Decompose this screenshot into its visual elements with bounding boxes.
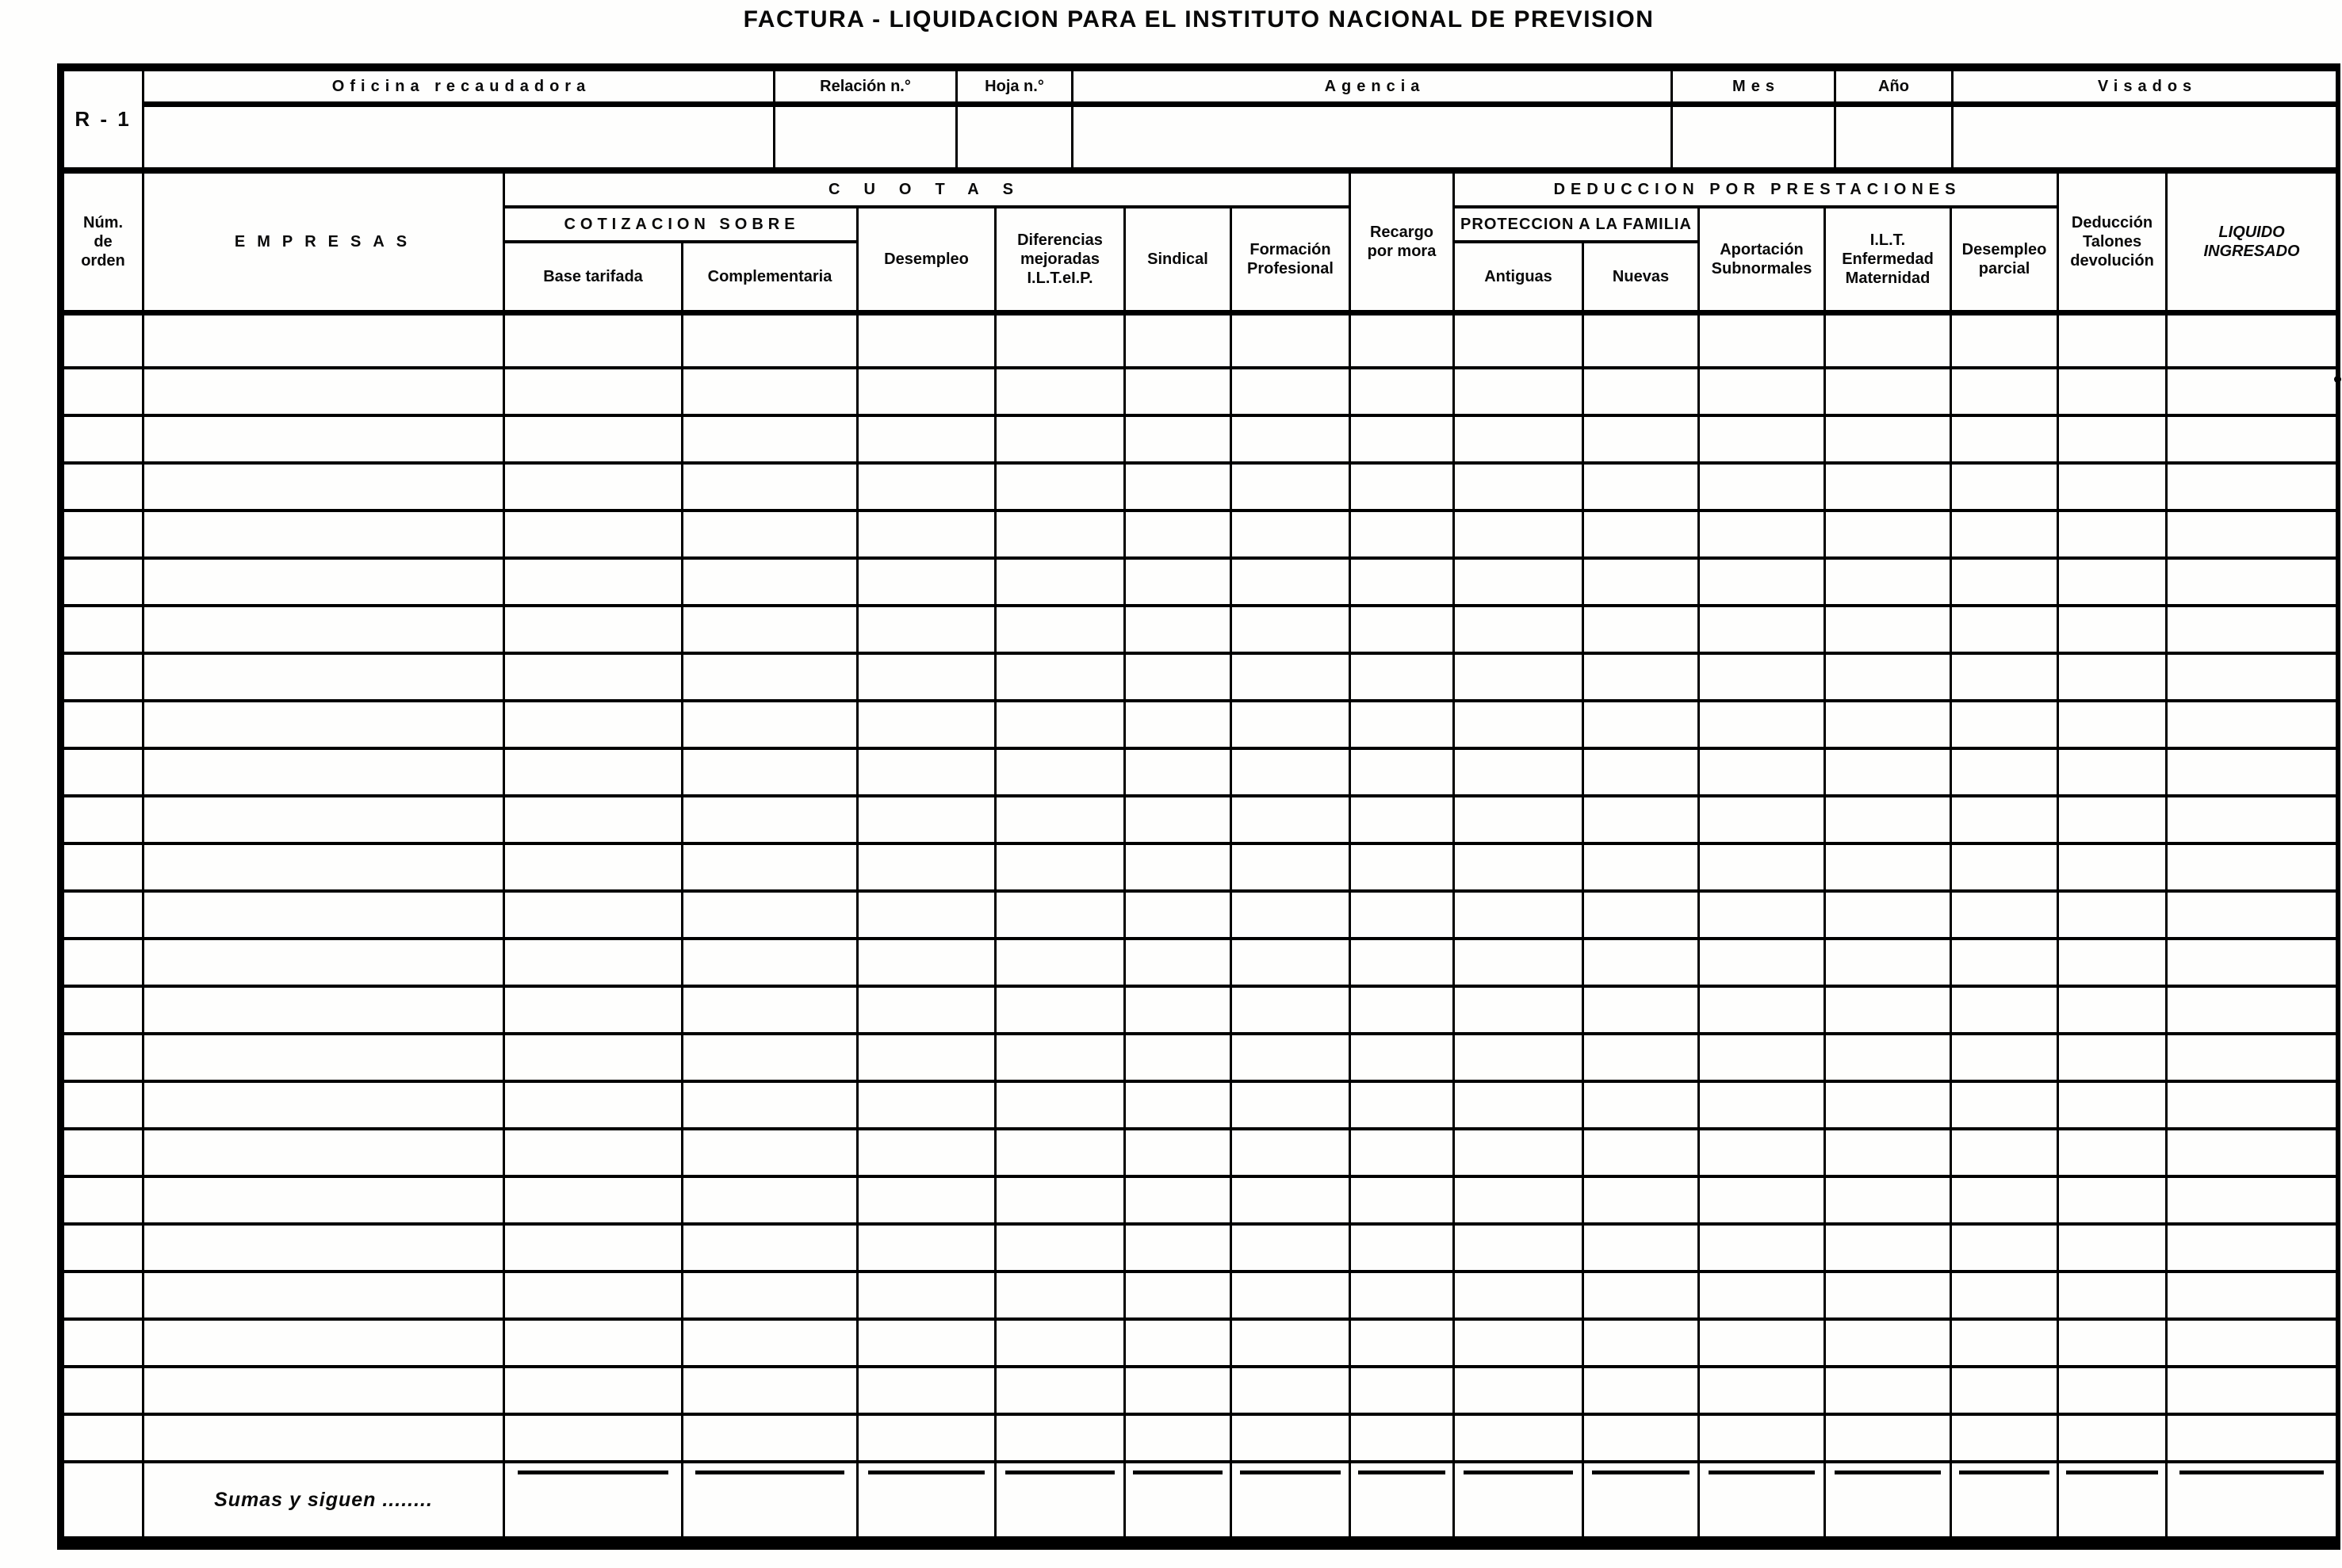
col-header-desempleo-parcial: Desempleo parcial — [1951, 207, 2058, 313]
empty-cell — [1583, 1414, 1699, 1462]
empty-cell — [996, 1081, 1125, 1129]
sum-total-cell — [996, 1462, 1125, 1538]
empty-cell — [1454, 606, 1583, 653]
empty-cell — [144, 748, 504, 796]
empty-cell — [1454, 1272, 1583, 1319]
empty-cell — [63, 1224, 144, 1272]
empty-cell — [2058, 1319, 2167, 1367]
empty-cell — [1350, 511, 1454, 558]
strip-fill-visados — [1953, 105, 2337, 170]
empty-cell — [1583, 368, 1699, 415]
empty-cell — [1350, 558, 1454, 606]
empty-cell — [683, 463, 858, 511]
total-rule-mark — [518, 1470, 669, 1474]
empty-cell — [1350, 368, 1454, 415]
empty-cell — [1231, 939, 1350, 986]
col-header-antiguas: Antiguas — [1454, 242, 1583, 313]
empty-cell — [858, 1224, 996, 1272]
empty-cell — [1231, 558, 1350, 606]
strip-label-ano: Año — [1835, 70, 1953, 105]
empty-cell — [63, 368, 144, 415]
empty-cell — [504, 986, 683, 1034]
table-row — [63, 1367, 2337, 1414]
empty-cell — [1350, 986, 1454, 1034]
total-rule-mark — [1592, 1470, 1690, 1474]
empty-cell — [144, 1034, 504, 1081]
empty-cell — [2058, 701, 2167, 748]
empty-cell — [858, 748, 996, 796]
table-row — [63, 748, 2337, 796]
empty-cell — [996, 1367, 1125, 1414]
sum-total-cell — [1454, 1462, 1583, 1538]
empty-cell — [1454, 653, 1583, 701]
empty-cell — [1125, 313, 1231, 369]
empty-cell — [1699, 1176, 1825, 1224]
empty-cell — [858, 1367, 996, 1414]
col-header-formacion-profesional: Formación Profesional — [1231, 207, 1350, 313]
sum-total-cell — [858, 1462, 996, 1538]
empty-cell — [1825, 313, 1951, 369]
empty-cell — [1583, 939, 1699, 986]
empty-cell — [2167, 1224, 2337, 1272]
empty-cell — [858, 796, 996, 843]
empty-cell — [504, 463, 683, 511]
empty-cell — [1454, 843, 1583, 891]
empty-cell — [63, 1462, 144, 1538]
empty-cell — [2167, 558, 2337, 606]
empty-cell — [996, 1319, 1125, 1367]
col-header-nuevas: Nuevas — [1583, 242, 1699, 313]
empty-cell — [1951, 1319, 2058, 1367]
empty-cell — [996, 511, 1125, 558]
empty-cell — [504, 1414, 683, 1462]
empty-cell — [683, 1129, 858, 1176]
empty-cell — [1454, 1034, 1583, 1081]
col-header-base-tarifada: Base tarifada — [504, 242, 683, 313]
empty-cell — [1125, 558, 1231, 606]
empty-cell — [1699, 748, 1825, 796]
sum-total-cell — [683, 1462, 858, 1538]
strip-fill-oficina — [144, 105, 775, 170]
empty-cell — [63, 1272, 144, 1319]
empty-cell — [1231, 1081, 1350, 1129]
empty-cell — [2167, 1176, 2337, 1224]
empty-cell — [1350, 701, 1454, 748]
empty-cell — [683, 796, 858, 843]
empty-cell — [2167, 1414, 2337, 1462]
strip-fill-ano — [1835, 105, 1953, 170]
empty-cell — [504, 313, 683, 369]
empty-cell — [1951, 1414, 2058, 1462]
empty-cell — [1350, 1034, 1454, 1081]
empty-cell — [1825, 1176, 1951, 1224]
empty-cell — [2058, 1272, 2167, 1319]
empty-cell — [1951, 653, 2058, 701]
empty-cell — [1699, 1034, 1825, 1081]
empty-cell — [63, 1414, 144, 1462]
col-header-sindical: Sindical — [1125, 207, 1231, 313]
empty-cell — [1125, 1081, 1231, 1129]
empty-cell — [1951, 1224, 2058, 1272]
empty-cell — [1454, 313, 1583, 369]
empty-cell — [1583, 415, 1699, 463]
empty-cell — [858, 415, 996, 463]
group-header-deduccion-prestaciones: DEDUCCION POR PRESTACIONES — [1454, 172, 2058, 207]
empty-cell — [858, 1414, 996, 1462]
table-row — [63, 1224, 2337, 1272]
empty-cell — [1951, 939, 2058, 986]
empty-cell — [1699, 606, 1825, 653]
total-rule-mark — [1464, 1470, 1573, 1474]
empty-cell — [1951, 701, 2058, 748]
empty-cell — [1699, 1272, 1825, 1319]
body-rows — [63, 313, 2337, 1463]
empty-cell — [144, 1129, 504, 1176]
empty-cell — [1583, 843, 1699, 891]
empty-cell — [996, 1176, 1125, 1224]
col-header-desempleo: Desempleo — [858, 207, 996, 313]
empty-cell — [2167, 891, 2337, 939]
empty-cell — [1825, 1319, 1951, 1367]
empty-cell — [2058, 1129, 2167, 1176]
empty-cell — [683, 415, 858, 463]
group-header-cuotas: CUOTAS — [504, 172, 1350, 207]
empty-cell — [1231, 796, 1350, 843]
strip-label-visados: Visados — [1953, 70, 2337, 105]
empty-cell — [1699, 511, 1825, 558]
empty-cell — [858, 368, 996, 415]
empty-cell — [63, 1319, 144, 1367]
col-header-recargo-por-mora: Recargo por mora — [1350, 172, 1454, 313]
empty-cell — [996, 891, 1125, 939]
empty-cell — [683, 891, 858, 939]
total-rule-mark — [1358, 1470, 1445, 1474]
empty-cell — [1825, 558, 1951, 606]
empty-cell — [996, 939, 1125, 986]
empty-cell — [996, 606, 1125, 653]
empty-cell — [1454, 368, 1583, 415]
empty-cell — [144, 606, 504, 653]
empty-cell — [1454, 415, 1583, 463]
empty-cell — [858, 653, 996, 701]
empty-cell — [2167, 606, 2337, 653]
empty-cell — [1951, 463, 2058, 511]
empty-cell — [996, 653, 1125, 701]
empty-cell — [1454, 701, 1583, 748]
empty-cell — [1125, 511, 1231, 558]
col-header-num-orden: Núm. de orden — [63, 172, 144, 313]
empty-cell — [683, 653, 858, 701]
empty-cell — [1825, 1272, 1951, 1319]
empty-cell — [1583, 1176, 1699, 1224]
empty-cell — [1350, 1081, 1454, 1129]
empty-cell — [1231, 1414, 1350, 1462]
empty-cell — [1699, 1414, 1825, 1462]
empty-cell — [504, 701, 683, 748]
empty-cell — [2058, 843, 2167, 891]
empty-cell — [2167, 463, 2337, 511]
empty-cell — [63, 796, 144, 843]
empty-cell — [1350, 939, 1454, 986]
empty-cell — [1454, 891, 1583, 939]
empty-cell — [2167, 368, 2337, 415]
empty-cell — [996, 796, 1125, 843]
empty-cell — [1699, 701, 1825, 748]
empty-cell — [858, 1034, 996, 1081]
empty-cell — [504, 558, 683, 606]
empty-cell — [1350, 748, 1454, 796]
empty-cell — [1125, 1414, 1231, 1462]
total-rule-mark — [2066, 1470, 2157, 1474]
empty-cell — [144, 986, 504, 1034]
empty-cell — [63, 558, 144, 606]
empty-cell — [1231, 1129, 1350, 1176]
empty-cell — [2058, 891, 2167, 939]
empty-cell — [858, 511, 996, 558]
empty-cell — [1583, 701, 1699, 748]
empty-cell — [1825, 986, 1951, 1034]
empty-cell — [1951, 415, 2058, 463]
empty-cell — [2167, 313, 2337, 369]
empty-cell — [504, 796, 683, 843]
empty-cell — [1583, 1272, 1699, 1319]
scanned-form-page: FACTURA - LIQUIDACION PARA EL INSTITUTO … — [0, 0, 2342, 1568]
empty-cell — [63, 701, 144, 748]
strip-fill-hoja — [957, 105, 1073, 170]
empty-cell — [1231, 843, 1350, 891]
col-header-ilt-enfermedad-maternidad: I.L.T. Enfermedad Maternidad — [1825, 207, 1951, 313]
empty-cell — [1125, 843, 1231, 891]
table-row — [63, 1272, 2337, 1319]
empty-cell — [1825, 1414, 1951, 1462]
empty-cell — [1231, 511, 1350, 558]
empty-cell — [858, 939, 996, 986]
sum-total-cell — [1583, 1462, 1699, 1538]
empty-cell — [144, 653, 504, 701]
empty-cell — [996, 313, 1125, 369]
total-rule-mark — [1835, 1470, 1941, 1474]
empty-cell — [1125, 891, 1231, 939]
empty-cell — [1454, 511, 1583, 558]
empty-cell — [858, 891, 996, 939]
empty-cell — [1951, 606, 2058, 653]
empty-cell — [1825, 891, 1951, 939]
empty-cell — [1125, 653, 1231, 701]
total-rule-mark — [1959, 1470, 2049, 1474]
empty-cell — [2167, 939, 2337, 986]
empty-cell — [2058, 511, 2167, 558]
table-row — [63, 986, 2337, 1034]
empty-cell — [1699, 1319, 1825, 1367]
empty-cell — [996, 748, 1125, 796]
empty-cell — [996, 558, 1125, 606]
empty-cell — [1125, 1319, 1231, 1367]
empty-cell — [1454, 463, 1583, 511]
empty-cell — [683, 986, 858, 1034]
empty-cell — [144, 1367, 504, 1414]
empty-cell — [996, 463, 1125, 511]
empty-cell — [858, 1081, 996, 1129]
empty-cell — [858, 1129, 996, 1176]
empty-cell — [1951, 1367, 2058, 1414]
empty-cell — [63, 843, 144, 891]
empty-cell — [1350, 1176, 1454, 1224]
empty-cell — [683, 1319, 858, 1367]
empty-cell — [996, 415, 1125, 463]
table-row — [63, 415, 2337, 463]
empty-cell — [1231, 463, 1350, 511]
empty-cell — [2167, 748, 2337, 796]
empty-cell — [683, 606, 858, 653]
empty-cell — [683, 843, 858, 891]
table-row — [63, 1176, 2337, 1224]
empty-cell — [63, 1034, 144, 1081]
empty-cell — [63, 463, 144, 511]
empty-cell — [1951, 748, 2058, 796]
empty-cell — [1951, 986, 2058, 1034]
empty-cell — [1583, 463, 1699, 511]
strip-fill-agencia — [1073, 105, 1672, 170]
empty-cell — [504, 1272, 683, 1319]
empty-cell — [996, 1414, 1125, 1462]
table-row — [63, 939, 2337, 986]
empty-cell — [858, 986, 996, 1034]
empty-cell — [63, 1176, 144, 1224]
empty-cell — [1125, 606, 1231, 653]
empty-cell — [683, 368, 858, 415]
empty-cell — [2058, 1414, 2167, 1462]
empty-cell — [1825, 368, 1951, 415]
sum-total-cell — [1231, 1462, 1350, 1538]
total-rule-mark — [1133, 1470, 1223, 1474]
empty-cell — [1825, 511, 1951, 558]
scan-speck — [2334, 376, 2341, 383]
empty-cell — [1699, 558, 1825, 606]
total-rule-mark — [868, 1470, 985, 1474]
empty-cell — [858, 558, 996, 606]
empty-cell — [1825, 1224, 1951, 1272]
empty-cell — [996, 986, 1125, 1034]
empty-cell — [1350, 891, 1454, 939]
empty-cell — [1125, 1224, 1231, 1272]
sum-total-cell — [1825, 1462, 1951, 1538]
empty-cell — [1454, 1224, 1583, 1272]
empty-cell — [2058, 558, 2167, 606]
empty-cell — [1454, 1176, 1583, 1224]
empty-cell — [1231, 368, 1350, 415]
empty-cell — [144, 796, 504, 843]
empty-cell — [996, 1034, 1125, 1081]
table-row — [63, 511, 2337, 558]
sums-row: Sumas y siguen ........ — [63, 1462, 2337, 1538]
empty-cell — [1454, 796, 1583, 843]
empty-cell — [1699, 1129, 1825, 1176]
form-code-box: R - 1 — [63, 70, 144, 169]
strip-fill-row — [63, 105, 2337, 170]
empty-cell — [1951, 1034, 2058, 1081]
empty-cell — [2058, 796, 2167, 843]
empty-cell — [1583, 1367, 1699, 1414]
sum-total-cell — [1350, 1462, 1454, 1538]
empty-cell — [1231, 1367, 1350, 1414]
empty-cell — [1454, 1367, 1583, 1414]
empty-cell — [504, 368, 683, 415]
empty-cell — [2058, 368, 2167, 415]
strip-label-relacion-n: Relación n.° — [775, 70, 957, 105]
empty-cell — [2058, 463, 2167, 511]
table-row — [63, 1129, 2337, 1176]
col-header-diferencias-mejoradas: Diferencias mejoradas I.L.T.eI.P. — [996, 207, 1125, 313]
empty-cell — [2058, 1176, 2167, 1224]
sum-total-cell — [1951, 1462, 2058, 1538]
empty-cell — [1125, 939, 1231, 986]
empty-cell — [1454, 1129, 1583, 1176]
empty-cell — [858, 701, 996, 748]
empty-cell — [1825, 843, 1951, 891]
table-row — [63, 606, 2337, 653]
empty-cell — [1350, 606, 1454, 653]
empty-cell — [1454, 558, 1583, 606]
empty-cell — [504, 891, 683, 939]
header-strip-table: R - 1 Oficina recaudadora Relación n.° H… — [62, 68, 2338, 170]
empty-cell — [1699, 463, 1825, 511]
empty-cell — [996, 1224, 1125, 1272]
table-row — [63, 1414, 2337, 1462]
empty-cell — [1125, 986, 1231, 1034]
empty-cell — [2058, 1081, 2167, 1129]
strip-label-oficina-recaudadora: Oficina recaudadora — [144, 70, 775, 105]
empty-cell — [144, 463, 504, 511]
empty-cell — [1454, 939, 1583, 986]
table-row — [63, 891, 2337, 939]
empty-cell — [683, 511, 858, 558]
empty-cell — [1583, 986, 1699, 1034]
empty-cell — [1125, 796, 1231, 843]
empty-cell — [1825, 653, 1951, 701]
empty-cell — [1825, 1034, 1951, 1081]
empty-cell — [1583, 313, 1699, 369]
empty-cell — [504, 1034, 683, 1081]
empty-cell — [1699, 986, 1825, 1034]
empty-cell — [1583, 796, 1699, 843]
empty-cell — [2058, 748, 2167, 796]
empty-cell — [683, 1224, 858, 1272]
empty-cell — [1825, 1081, 1951, 1129]
empty-cell — [504, 415, 683, 463]
empty-cell — [683, 1034, 858, 1081]
empty-cell — [144, 891, 504, 939]
empty-cell — [63, 891, 144, 939]
empty-cell — [1125, 748, 1231, 796]
empty-cell — [63, 415, 144, 463]
empty-cell — [2167, 1129, 2337, 1176]
empty-cell — [1125, 1367, 1231, 1414]
empty-cell — [1454, 748, 1583, 796]
empty-cell — [683, 1081, 858, 1129]
empty-cell — [63, 1081, 144, 1129]
empty-cell — [1231, 701, 1350, 748]
empty-cell — [1350, 1414, 1454, 1462]
empty-cell — [1825, 796, 1951, 843]
empty-cell — [996, 1272, 1125, 1319]
empty-cell — [504, 511, 683, 558]
empty-cell — [1583, 606, 1699, 653]
empty-cell — [1125, 415, 1231, 463]
empty-cell — [504, 1129, 683, 1176]
strip-label-mes: Mes — [1672, 70, 1835, 105]
empty-cell — [1951, 796, 2058, 843]
empty-cell — [858, 313, 996, 369]
